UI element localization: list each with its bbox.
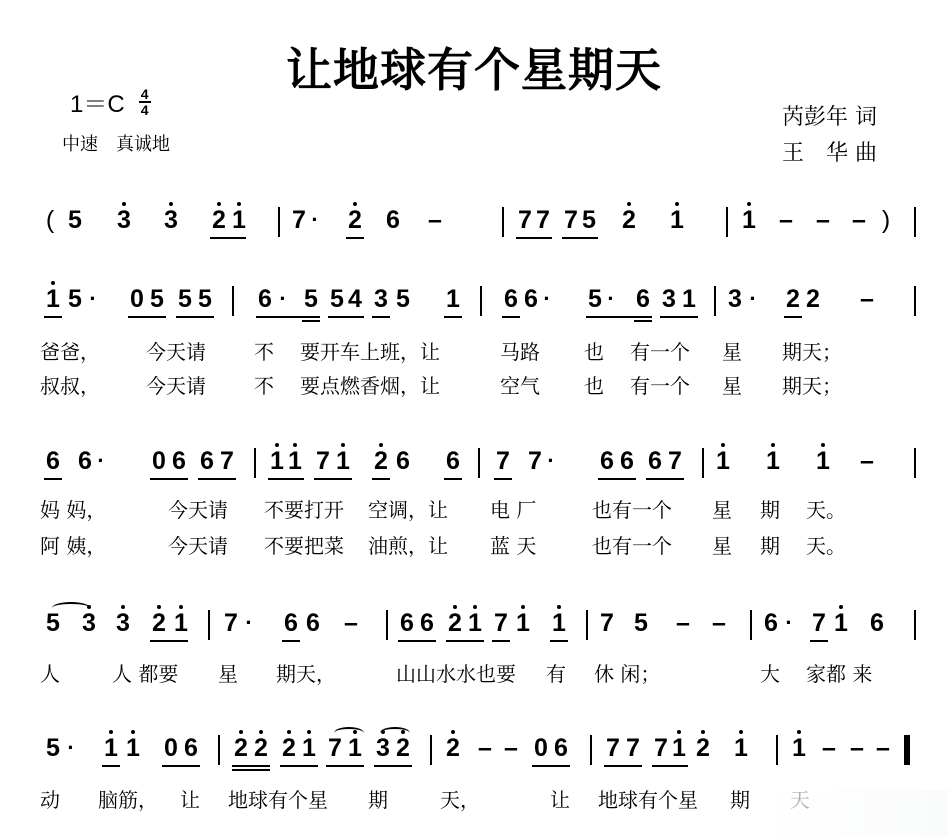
key-signature: 1＝C 4 4: [70, 84, 151, 119]
lyrics-line-3-verse-1: 妈 妈， 今天请 不要打开 空调，让 电 厂 也有一个 星 期 天。: [0, 494, 948, 520]
time-signature: 4 4: [139, 88, 151, 116]
credits: 芮彭年 词 王 华 曲: [782, 100, 877, 172]
composer: 王 华 曲: [782, 136, 877, 172]
lyrics-line-3-verse-2: 阿 姨， 今天请 不要把菜 油煎，让 蓝 天 也有一个 星 期 天。: [0, 530, 948, 556]
notation-line-5: 5 · 1 1 0 6 2 2 2 1 7 1 3 2 2 – – 0 6 7 …: [0, 733, 948, 773]
tempo-marking: 中速 真诚地: [62, 130, 170, 156]
lyrics-line-4: 人 人 都要 星 期天， 山山水水也要 有 休 闲； 大 家都 来: [0, 658, 948, 684]
lyrics-line-2-verse-1: 爸爸， 今天请 不 要开车上班，让 马路 也 有一个 星 期天；: [0, 336, 948, 362]
notation-line-4: 5 3 3 2 1 7 · 6 6 – 6 6 2 1 7 1 1 7 5 – …: [0, 608, 948, 648]
key-label: 1＝C: [70, 84, 125, 119]
image-fade-overlay: [760, 790, 948, 837]
notation-line-3: 6 6 · 0 6 6 7 1 1 7 1 2 6 6 7 7 · 6 6 6 …: [0, 446, 948, 486]
notation-line-1: ( 5 3 3 2 1 7 · 2 6 – 7 7 7 5 2 1 1 – – …: [0, 205, 948, 245]
lyrics-line-2-verse-2: 叔叔， 今天请 不 要点燃香烟，让 空气 也 有一个 星 期天；: [0, 370, 948, 396]
notation-line-2: 1 5 · 0 5 5 5 6 · 5 5 4 3 5 1 6 6 · 5 · …: [0, 284, 948, 324]
lyricist: 芮彭年 词: [782, 100, 877, 136]
